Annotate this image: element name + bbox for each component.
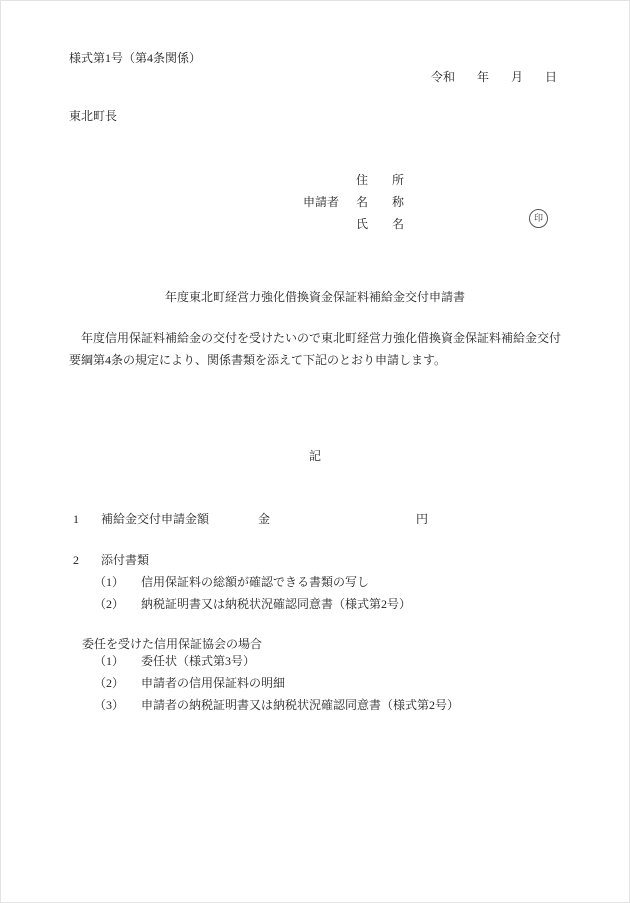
record-mark: 記 <box>1 449 629 464</box>
delegation-attachment-text: 委任状（様式第3号） <box>141 654 255 669</box>
amount-suffix: 円 <box>416 512 428 527</box>
date-year-label: 年 <box>477 70 489 85</box>
date-month-label: 月 <box>511 70 523 85</box>
attachment-bullet: （2） <box>94 597 124 612</box>
addressee: 東北町長 <box>69 109 117 124</box>
delegation-attachment-text: 申請者の信用保証料の明細 <box>141 676 285 691</box>
body-paragraph-line: 年度信用保証料補給金の交付を受けたいので東北町経営力強化借換資金保証料補給金交付 <box>69 331 561 346</box>
attachment-text: 信用保証料の総額が確認できる書類の写し <box>141 575 369 590</box>
attachment-bullet: （1） <box>94 575 124 590</box>
applicant-address-label: 住 所 <box>356 173 404 188</box>
form-number: 様式第1号（第4条関係） <box>69 51 201 66</box>
item2-number: 2 <box>73 553 79 568</box>
delegation-attachment-text: 申請者の納税証明書又は納税状況確認同意書（様式第2号） <box>141 698 459 713</box>
document-title: 年度東北町経営力強化借換資金保証料補給金交付申請書 <box>1 290 629 305</box>
seal-mark-icon: 印 <box>529 209 548 228</box>
delegation-attachment-bullet: （1） <box>94 654 124 669</box>
applicant-label: 申請者 <box>303 195 339 210</box>
amount-prefix: 金 <box>258 512 270 527</box>
item1-label: 補給金交付申請金額 <box>101 512 209 527</box>
date-line: 令和 年 月 日 <box>431 70 557 85</box>
document-page: 様式第1号（第4条関係） 令和 年 月 日 東北町長 申請者 住 所 名 称 氏… <box>0 0 630 903</box>
attachment-text: 納税証明書又は納税状況確認同意書（様式第2号） <box>141 597 411 612</box>
date-day-label: 日 <box>545 70 557 85</box>
item1-number: 1 <box>73 512 79 527</box>
applicant-company-name-label: 名 称 <box>356 195 404 210</box>
delegation-section-header: 委任を受けた信用保証協会の場合 <box>82 637 262 652</box>
delegation-attachment-bullet: （3） <box>94 698 124 713</box>
item2-label: 添付書類 <box>101 553 149 568</box>
delegation-attachment-bullet: （2） <box>94 676 124 691</box>
body-paragraph-line: 要綱第4条の規定により、関係書類を添えて下記のとおり申請します。 <box>69 353 446 368</box>
applicant-person-name-label: 氏 名 <box>356 217 404 232</box>
date-era-label: 令和 <box>431 70 455 85</box>
